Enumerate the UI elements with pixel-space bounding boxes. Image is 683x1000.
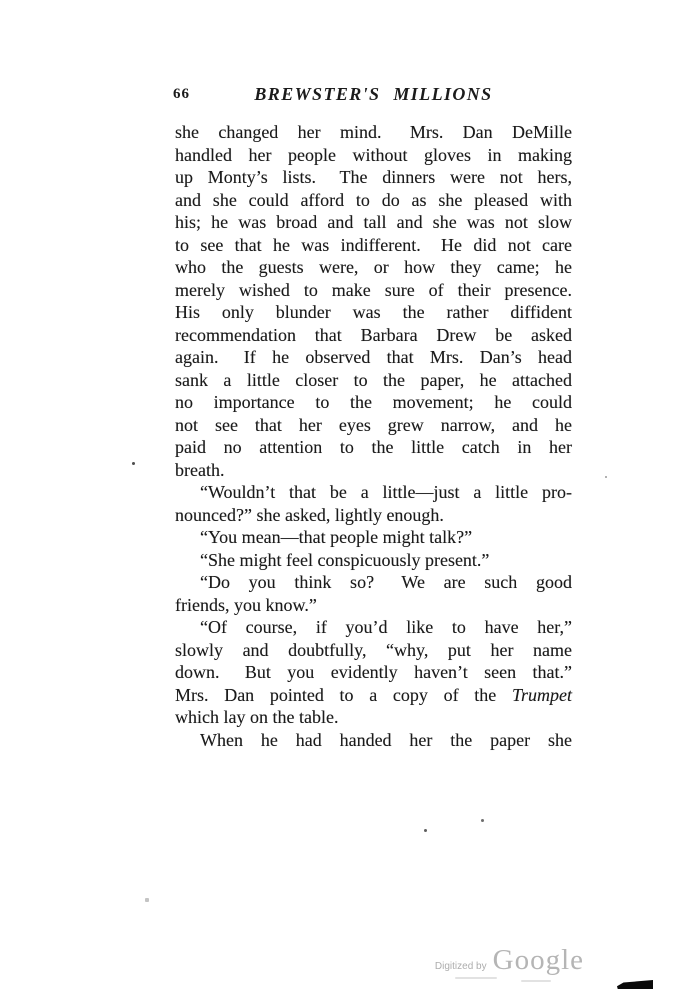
body-text: she changed her mind. Mrs. Dan DeMilleha… xyxy=(175,121,572,751)
book-page-scan: 66 BREWSTER'S MILLIONS she changed her m… xyxy=(0,0,683,1000)
text-line: merely wished to make sure of their pres… xyxy=(175,279,572,302)
text-line: to see that he was indifferent. He did n… xyxy=(175,234,572,257)
text-line: breath. xyxy=(175,459,572,482)
text-line: paid no attention to the little catch in… xyxy=(175,436,572,459)
faint-scan-mark xyxy=(455,977,497,979)
text-line: and she could afford to do as she please… xyxy=(175,189,572,212)
text-line: friends, you know.” xyxy=(175,594,572,617)
text-line: she changed her mind. Mrs. Dan DeMille xyxy=(175,121,572,144)
text-line: “She might feel conspicuously present.” xyxy=(175,549,572,572)
text-line: who the guests were, or how they came; h… xyxy=(175,256,572,279)
text-line: not see that her eyes grew narrow, and h… xyxy=(175,414,572,437)
text-line: nounced?” she asked, lightly enough. xyxy=(175,504,572,527)
scan-speck xyxy=(145,898,149,902)
text-line: his; he was broad and tall and she was n… xyxy=(175,211,572,234)
text-line: His only blunder was the rather diffiden… xyxy=(175,301,572,324)
text-line: down. But you evidently haven’t seen tha… xyxy=(175,661,572,684)
text-line: recommendation that Barbara Drew be aske… xyxy=(175,324,572,347)
text-line: up Monty’s lists. The dinners were not h… xyxy=(175,166,572,189)
text-line: “You mean—that people might talk?” xyxy=(175,526,572,549)
text-line: sank a little closer to the paper, he at… xyxy=(175,369,572,392)
page-header: 66 BREWSTER'S MILLIONS xyxy=(175,84,572,106)
text-line: again. If he observed that Mrs. Dan’s he… xyxy=(175,346,572,369)
faint-scan-mark xyxy=(521,980,551,982)
text-line: Mrs. Dan pointed to a copy of the Trumpe… xyxy=(175,684,572,707)
text-line: When he had handed her the paper she xyxy=(175,729,572,752)
scan-speck xyxy=(424,829,427,832)
text-line: slowly and doubtfully, “why, put her nam… xyxy=(175,639,572,662)
text-line: which lay on the table. xyxy=(175,706,572,729)
scan-speck xyxy=(132,462,135,465)
page-number: 66 xyxy=(173,86,190,103)
text-line: “Wouldn’t that be a little—just a little… xyxy=(175,481,572,504)
digitized-watermark: Digitized by Google xyxy=(435,944,584,977)
scan-speck xyxy=(605,476,607,478)
text-line: “Do you think so? We are such good xyxy=(175,571,572,594)
text-line: no importance to the movement; he could xyxy=(175,391,572,414)
watermark-prefix: Digitized by xyxy=(435,961,487,972)
google-logo: Google xyxy=(493,944,584,977)
text-line: handled her people without gloves in mak… xyxy=(175,144,572,167)
text-line: “Of course, if you’d like to have her,” xyxy=(175,616,572,639)
ink-smudge-mark xyxy=(617,980,653,989)
running-title: BREWSTER'S MILLIONS xyxy=(175,84,572,105)
scan-speck xyxy=(481,819,484,822)
